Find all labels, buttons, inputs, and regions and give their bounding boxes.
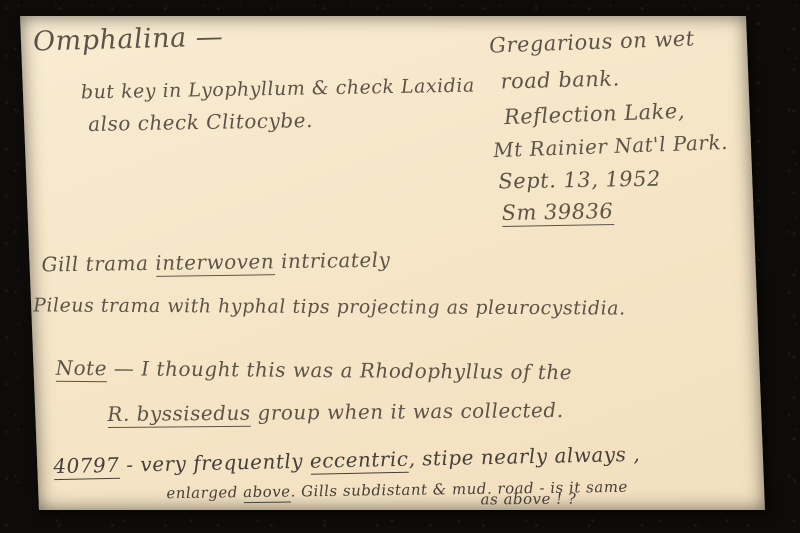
index-card: Omphalina — but key in Lyophyllum & chec…	[20, 16, 765, 510]
line-location-park: Mt Rainier Nat'l Park.	[492, 130, 728, 162]
handwritten-text-underlined: 40797	[53, 453, 121, 480]
handwritten-text: Omphalina —	[32, 22, 224, 58]
handwritten-text: , stipe nearly always ,	[408, 442, 641, 471]
line-note-rhodophyllus: Note — I thought this was a Rhodophyllus…	[55, 356, 572, 385]
handwritten-text: . Gills subdistant & mud. road - is it s…	[290, 478, 628, 501]
line-gill-trama: Gill trama interwoven intricately	[41, 248, 391, 277]
handwritten-text: intricately	[273, 248, 391, 274]
line-date: Sept. 13, 1952	[498, 167, 662, 194]
handwritten-text: enlarged	[166, 483, 244, 502]
handwritten-text: — I thought this was a Rhodophyllus of t…	[107, 356, 573, 384]
handwritten-text: Sept. 13, 1952	[498, 167, 662, 194]
line-habitat: Gregarious on wet	[488, 26, 695, 57]
handwritten-text-underlined: eccentric	[309, 447, 409, 475]
handwritten-text-underlined: above	[243, 482, 291, 503]
handwritten-text: Mt Rainier Nat'l Park.	[492, 130, 728, 162]
line-key-note: but key in Lyophyllum & check Laxidia	[80, 75, 475, 104]
handwritten-text: but key in Lyophyllum & check Laxidia	[80, 75, 475, 104]
handwritten-text: road bank.	[500, 66, 621, 93]
line-40797-observation: 40797 - very frequently eccentric, stipe…	[53, 442, 641, 478]
handwritten-text: Reflection Lake,	[503, 99, 686, 129]
line-habitat-road-bank: road bank.	[500, 66, 621, 93]
handwritten-text-underlined: Note	[55, 356, 107, 382]
handwritten-text: Gill trama	[41, 251, 156, 277]
handwritten-text: group when it was collected.	[250, 398, 564, 425]
handwritten-text-underlined: R. byssisedus	[107, 401, 252, 428]
line-pileus-trama: Pileus trama with hyphal tips projecting…	[33, 294, 626, 319]
handwritten-text-underlined: interwoven	[155, 249, 275, 277]
line-location-lake: Reflection Lake,	[503, 99, 686, 129]
handwritten-text: - very frequently	[119, 449, 311, 477]
line-genus-heading: Omphalina —	[32, 22, 224, 58]
line-observation-end: as above ! ?	[480, 490, 577, 509]
line-byssisedus-group: R. byssisedus group when it was collecte…	[107, 398, 564, 426]
handwritten-text: Gregarious on wet	[488, 26, 695, 57]
handwritten-text: Sm 39836	[501, 199, 614, 227]
line-check-clitocybe: also check Clitocybe.	[87, 108, 313, 136]
handwritten-text: Pileus trama with hyphal tips projecting…	[33, 294, 626, 319]
line-collection-number: Sm 39836	[501, 199, 614, 225]
handwritten-text: also check Clitocybe.	[87, 108, 313, 136]
handwritten-text: as above ! ?	[480, 490, 577, 509]
